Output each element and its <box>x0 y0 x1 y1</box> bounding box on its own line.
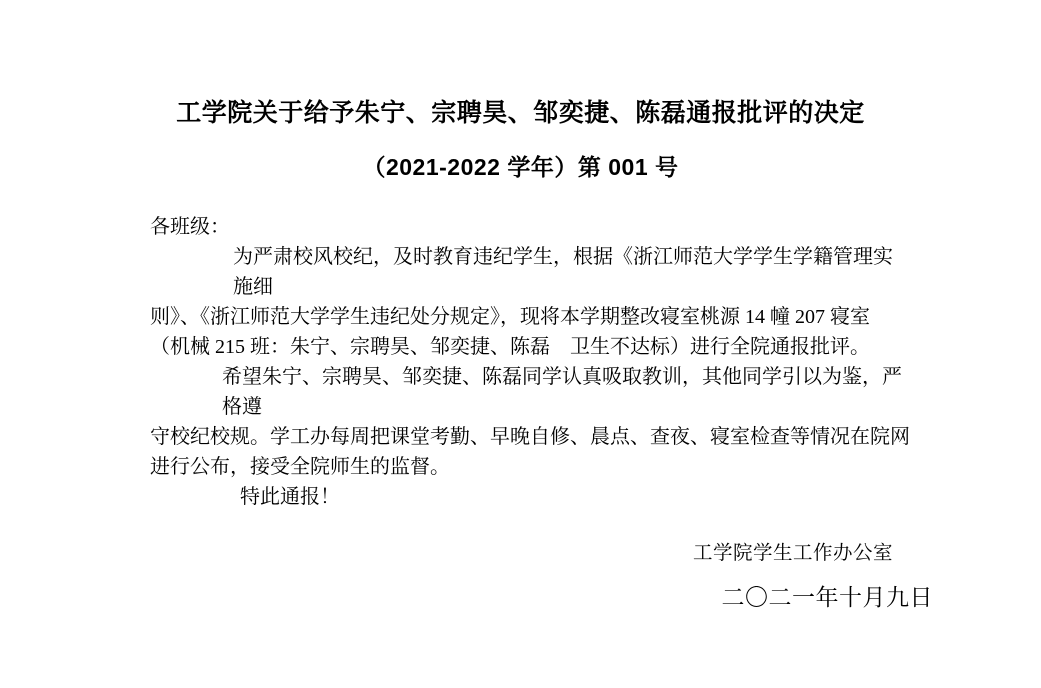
body-line: 希望朱宁、宗聘昊、邹奕捷、陈磊同学认真吸取教训，其他同学引以为鉴，严格遵 <box>150 362 912 422</box>
body-line: （机械 215 班：朱宁、宗聘昊、邹奕捷、陈磊 卫生不达标）进行全院通报批评。 <box>150 332 912 362</box>
body-line: 特此通报！ <box>150 482 912 512</box>
document-title: 工学院关于给予朱宁、宗聘昊、邹奕捷、陈磊通报批评的决定 <box>0 0 1041 130</box>
signature-date: 二〇二一年十月九日 <box>722 585 934 611</box>
body-line: 为严肃校风校纪，及时教育违纪学生，根据《浙江师范大学学生学籍管理实施细 <box>150 242 912 302</box>
document-page: 工学院关于给予朱宁、宗聘昊、邹奕捷、陈磊通报批评的决定 （2021-2022 学… <box>0 0 1041 688</box>
body-line: 各班级： <box>150 212 912 242</box>
document-body: 各班级：为严肃校风校纪，及时教育违纪学生，根据《浙江师范大学学生学籍管理实施细则… <box>150 212 912 512</box>
document-number-line: （2021-2022 学年）第 001 号 <box>0 151 1041 183</box>
body-line: 守校纪校规。学工办每周把课堂考勤、早晚自修、晨点、查夜、寝室检查等情况在院网 <box>150 422 912 452</box>
signature-office: 工学院学生工作办公室 <box>693 543 893 565</box>
body-line: 进行公布，接受全院师生的监督。 <box>150 452 912 482</box>
body-lines: 各班级：为严肃校风校纪，及时教育违纪学生，根据《浙江师范大学学生学籍管理实施细则… <box>150 212 912 512</box>
body-line: 则》、《浙江师范大学学生违纪处分规定》，现将本学期整改寝室桃源 14 幢 207… <box>150 302 912 332</box>
